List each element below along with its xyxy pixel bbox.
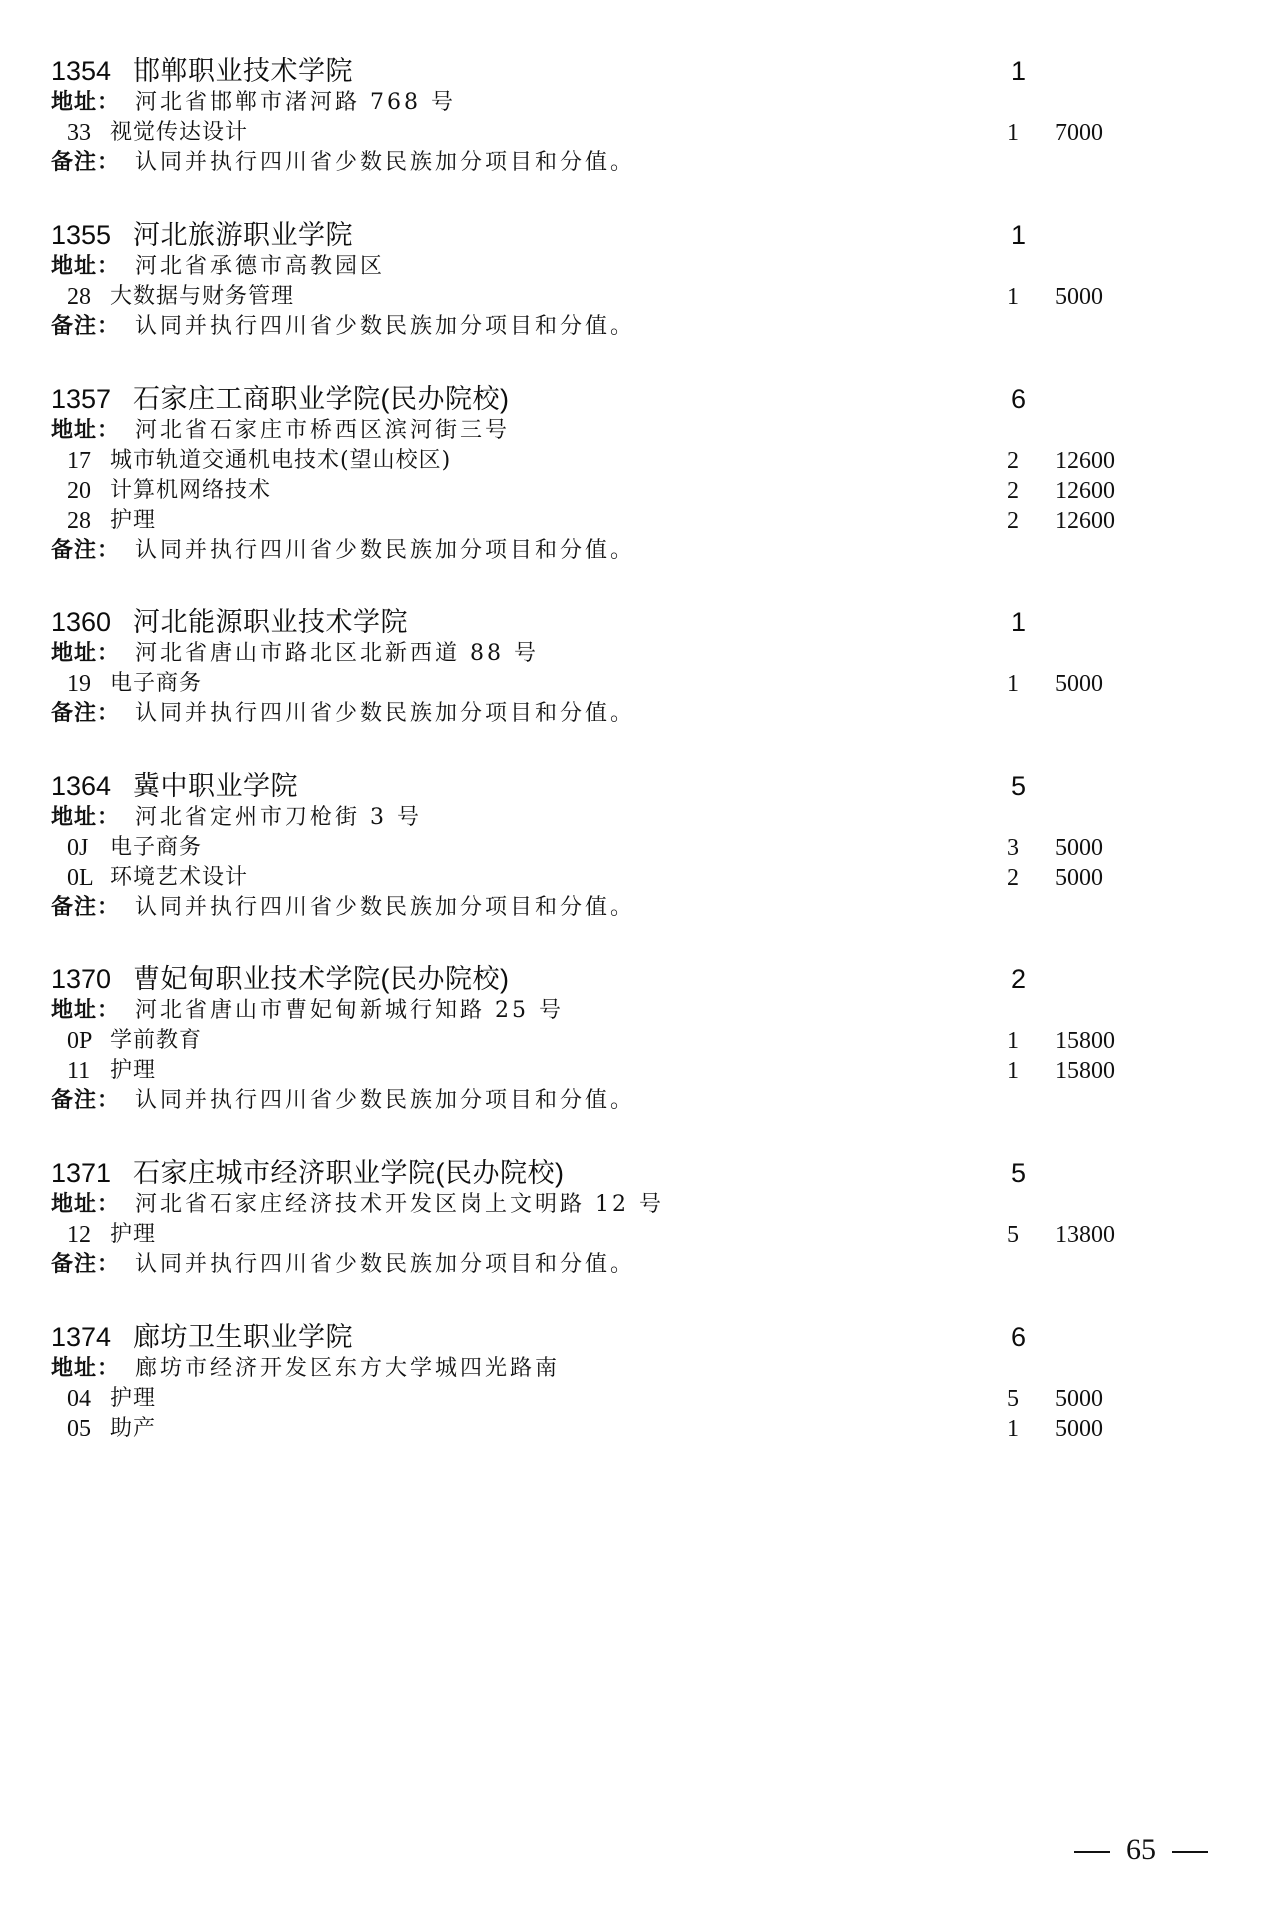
institution-name: 石家庄城市经济职业学院(民办院校) xyxy=(133,1156,564,1190)
institution-block: 1364 冀中职业学院 5 地址： 河北省定州市刀枪街 3 号 0J 电子商务 … xyxy=(0,769,1270,923)
institution-block: 1370 曹妃甸职业技术学院(民办院校) 2 地址： 河北省唐山市曹妃甸新城行知… xyxy=(0,962,1270,1116)
dash-decoration xyxy=(1074,1851,1110,1853)
address-value: 河北省石家庄市桥西区滨河街三号 xyxy=(135,416,510,446)
institution-name: 冀中职业学院 xyxy=(133,769,298,803)
major-fee: 5000 xyxy=(1055,282,1103,312)
note-value: 认同并执行四川省少数民族加分项目和分值。 xyxy=(135,1250,635,1280)
institution-code: 1374 xyxy=(51,1320,111,1354)
note-row: 备注： 认同并执行四川省少数民族加分项目和分值。 xyxy=(0,312,1270,342)
major-fee: 5000 xyxy=(1055,669,1103,699)
major-fee: 5000 xyxy=(1055,1414,1103,1444)
note-label: 备注： xyxy=(51,1086,120,1116)
major-name: 环境艺术设计 xyxy=(110,863,248,893)
institution-block: 1355 河北旅游职业学院 1 地址： 河北省承德市高教园区 28 大数据与财务… xyxy=(0,218,1270,342)
institution-name: 廊坊卫生职业学院 xyxy=(133,1320,353,1354)
major-row: 0J 电子商务 3 5000 xyxy=(0,833,1270,863)
address-label: 地址： xyxy=(51,416,120,446)
major-row: 19 电子商务 1 5000 xyxy=(0,669,1270,699)
institution-name: 邯郸职业技术学院 xyxy=(133,54,353,88)
institution-total: 1 xyxy=(1011,218,1026,252)
major-code: 0P xyxy=(67,1026,92,1056)
major-fee: 7000 xyxy=(1055,118,1103,148)
major-row: 0P 学前教育 1 15800 xyxy=(0,1026,1270,1056)
address-row: 地址： 廊坊市经济开发区东方大学城四光路南 xyxy=(0,1354,1270,1384)
note-value: 认同并执行四川省少数民族加分项目和分值。 xyxy=(135,893,635,923)
major-code: 11 xyxy=(67,1056,90,1086)
note-row: 备注： 认同并执行四川省少数民族加分项目和分值。 xyxy=(0,536,1270,566)
note-label: 备注： xyxy=(51,1250,120,1280)
major-code: 28 xyxy=(67,282,91,312)
major-fee: 12600 xyxy=(1055,446,1115,476)
address-value: 河北省石家庄经济技术开发区岗上文明路 12 号 xyxy=(135,1190,664,1220)
institution-header: 1374 廊坊卫生职业学院 6 xyxy=(0,1320,1270,1354)
major-code: 12 xyxy=(67,1220,91,1250)
major-name: 城市轨道交通机电技术(望山校区) xyxy=(110,446,451,476)
institution-total: 5 xyxy=(1011,1156,1026,1190)
address-label: 地址： xyxy=(51,1354,120,1384)
major-count: 1 xyxy=(1007,1026,1019,1056)
institution-header: 1354 邯郸职业技术学院 1 xyxy=(0,54,1270,88)
address-label: 地址： xyxy=(51,803,120,833)
address-label: 地址： xyxy=(51,88,120,118)
address-row: 地址： 河北省石家庄经济技术开发区岗上文明路 12 号 xyxy=(0,1190,1270,1220)
note-label: 备注： xyxy=(51,312,120,342)
address-label: 地址： xyxy=(51,252,120,282)
major-fee: 13800 xyxy=(1055,1220,1115,1250)
address-label: 地址： xyxy=(51,1190,120,1220)
institution-total: 5 xyxy=(1011,769,1026,803)
dash-decoration xyxy=(1172,1851,1208,1853)
note-label: 备注： xyxy=(51,148,120,178)
address-value: 河北省唐山市曹妃甸新城行知路 25 号 xyxy=(135,996,564,1026)
major-count: 2 xyxy=(1007,476,1019,506)
note-label: 备注： xyxy=(51,536,120,566)
major-name: 护理 xyxy=(110,1056,156,1086)
address-row: 地址： 河北省邯郸市渚河路 768 号 xyxy=(0,88,1270,118)
major-count: 5 xyxy=(1007,1384,1019,1414)
major-count: 2 xyxy=(1007,863,1019,893)
major-row: 05 助产 1 5000 xyxy=(0,1414,1270,1444)
institution-header: 1357 石家庄工商职业学院(民办院校) 6 xyxy=(0,382,1270,416)
address-row: 地址： 河北省定州市刀枪街 3 号 xyxy=(0,803,1270,833)
major-code: 28 xyxy=(67,506,91,536)
institution-name: 河北能源职业技术学院 xyxy=(133,605,408,639)
major-count: 5 xyxy=(1007,1220,1019,1250)
institution-total: 1 xyxy=(1011,605,1026,639)
institution-block: 1354 邯郸职业技术学院 1 地址： 河北省邯郸市渚河路 768 号 33 视… xyxy=(0,54,1270,178)
major-count: 1 xyxy=(1007,1414,1019,1444)
institution-code: 1364 xyxy=(51,769,111,803)
major-row: 33 视觉传达设计 1 7000 xyxy=(0,118,1270,148)
major-fee: 5000 xyxy=(1055,863,1103,893)
note-row: 备注： 认同并执行四川省少数民族加分项目和分值。 xyxy=(0,148,1270,178)
major-code: 0J xyxy=(67,833,88,863)
document-page: 1354 邯郸职业技术学院 1 地址： 河北省邯郸市渚河路 768 号 33 视… xyxy=(0,0,1270,1911)
institution-total: 2 xyxy=(1011,962,1026,996)
address-label: 地址： xyxy=(51,996,120,1026)
major-count: 2 xyxy=(1007,446,1019,476)
address-value: 河北省唐山市路北区北新西道 88 号 xyxy=(135,639,539,669)
major-code: 17 xyxy=(67,446,91,476)
major-row: 12 护理 5 13800 xyxy=(0,1220,1270,1250)
note-label: 备注： xyxy=(51,699,120,729)
institution-name: 河北旅游职业学院 xyxy=(133,218,353,252)
address-value: 河北省邯郸市渚河路 768 号 xyxy=(135,88,456,118)
institution-name: 曹妃甸职业技术学院(民办院校) xyxy=(133,962,509,996)
address-value: 廊坊市经济开发区东方大学城四光路南 xyxy=(135,1354,560,1384)
major-fee: 12600 xyxy=(1055,476,1115,506)
major-name: 学前教育 xyxy=(110,1026,202,1056)
major-fee: 15800 xyxy=(1055,1026,1115,1056)
major-fee: 5000 xyxy=(1055,833,1103,863)
institution-header: 1355 河北旅游职业学院 1 xyxy=(0,218,1270,252)
note-row: 备注： 认同并执行四川省少数民族加分项目和分值。 xyxy=(0,1086,1270,1116)
major-name: 大数据与财务管理 xyxy=(110,282,294,312)
institution-header: 1360 河北能源职业技术学院 1 xyxy=(0,605,1270,639)
major-row: 0L 环境艺术设计 2 5000 xyxy=(0,863,1270,893)
note-value: 认同并执行四川省少数民族加分项目和分值。 xyxy=(135,148,635,178)
institution-block: 1360 河北能源职业技术学院 1 地址： 河北省唐山市路北区北新西道 88 号… xyxy=(0,605,1270,729)
major-code: 33 xyxy=(67,118,91,148)
institution-code: 1360 xyxy=(51,605,111,639)
page-number: 65 xyxy=(1074,1830,1208,1870)
note-row: 备注： 认同并执行四川省少数民族加分项目和分值。 xyxy=(0,893,1270,923)
institution-code: 1354 xyxy=(51,54,111,88)
address-row: 地址： 河北省唐山市路北区北新西道 88 号 xyxy=(0,639,1270,669)
major-count: 1 xyxy=(1007,282,1019,312)
note-value: 认同并执行四川省少数民族加分项目和分值。 xyxy=(135,536,635,566)
institution-block: 1357 石家庄工商职业学院(民办院校) 6 地址： 河北省石家庄市桥西区滨河街… xyxy=(0,382,1270,566)
institution-total: 6 xyxy=(1011,382,1026,416)
major-count: 3 xyxy=(1007,833,1019,863)
major-fee: 5000 xyxy=(1055,1384,1103,1414)
major-count: 1 xyxy=(1007,118,1019,148)
page-number-value: 65 xyxy=(1126,1830,1156,1870)
institution-header: 1364 冀中职业学院 5 xyxy=(0,769,1270,803)
major-code: 20 xyxy=(67,476,91,506)
major-name: 助产 xyxy=(110,1414,156,1444)
address-row: 地址： 河北省石家庄市桥西区滨河街三号 xyxy=(0,416,1270,446)
address-value: 河北省定州市刀枪街 3 号 xyxy=(135,803,422,833)
major-row: 20 计算机网络技术 2 12600 xyxy=(0,476,1270,506)
major-name: 计算机网络技术 xyxy=(110,476,271,506)
institution-total: 6 xyxy=(1011,1320,1026,1354)
institution-total: 1 xyxy=(1011,54,1026,88)
note-value: 认同并执行四川省少数民族加分项目和分值。 xyxy=(135,699,635,729)
major-name: 视觉传达设计 xyxy=(110,118,248,148)
institution-name: 石家庄工商职业学院(民办院校) xyxy=(133,382,509,416)
address-label: 地址： xyxy=(51,639,120,669)
institution-code: 1357 xyxy=(51,382,111,416)
major-row: 17 城市轨道交通机电技术(望山校区) 2 12600 xyxy=(0,446,1270,476)
note-row: 备注： 认同并执行四川省少数民族加分项目和分值。 xyxy=(0,1250,1270,1280)
major-row: 11 护理 1 15800 xyxy=(0,1056,1270,1086)
major-count: 2 xyxy=(1007,506,1019,536)
major-code: 0L xyxy=(67,863,94,893)
major-name: 护理 xyxy=(110,1220,156,1250)
note-value: 认同并执行四川省少数民族加分项目和分值。 xyxy=(135,312,635,342)
major-name: 护理 xyxy=(110,1384,156,1414)
major-fee: 15800 xyxy=(1055,1056,1115,1086)
major-code: 05 xyxy=(67,1414,91,1444)
major-count: 1 xyxy=(1007,1056,1019,1086)
institution-header: 1370 曹妃甸职业技术学院(民办院校) 2 xyxy=(0,962,1270,996)
institution-code: 1370 xyxy=(51,962,111,996)
major-code: 04 xyxy=(67,1384,91,1414)
major-name: 电子商务 xyxy=(110,669,202,699)
major-fee: 12600 xyxy=(1055,506,1115,536)
address-value: 河北省承德市高教园区 xyxy=(135,252,385,282)
institution-code: 1355 xyxy=(51,218,111,252)
major-count: 1 xyxy=(1007,669,1019,699)
institution-header: 1371 石家庄城市经济职业学院(民办院校) 5 xyxy=(0,1156,1270,1190)
institution-block: 1371 石家庄城市经济职业学院(民办院校) 5 地址： 河北省石家庄经济技术开… xyxy=(0,1156,1270,1280)
note-row: 备注： 认同并执行四川省少数民族加分项目和分值。 xyxy=(0,699,1270,729)
institution-block: 1374 廊坊卫生职业学院 6 地址： 廊坊市经济开发区东方大学城四光路南 04… xyxy=(0,1320,1270,1444)
institution-code: 1371 xyxy=(51,1156,111,1190)
major-code: 19 xyxy=(67,669,91,699)
address-row: 地址： 河北省唐山市曹妃甸新城行知路 25 号 xyxy=(0,996,1270,1026)
major-row: 28 大数据与财务管理 1 5000 xyxy=(0,282,1270,312)
address-row: 地址： 河北省承德市高教园区 xyxy=(0,252,1270,282)
major-name: 电子商务 xyxy=(110,833,202,863)
note-value: 认同并执行四川省少数民族加分项目和分值。 xyxy=(135,1086,635,1116)
note-label: 备注： xyxy=(51,893,120,923)
major-row: 04 护理 5 5000 xyxy=(0,1384,1270,1414)
major-row: 28 护理 2 12600 xyxy=(0,506,1270,536)
major-name: 护理 xyxy=(110,506,156,536)
